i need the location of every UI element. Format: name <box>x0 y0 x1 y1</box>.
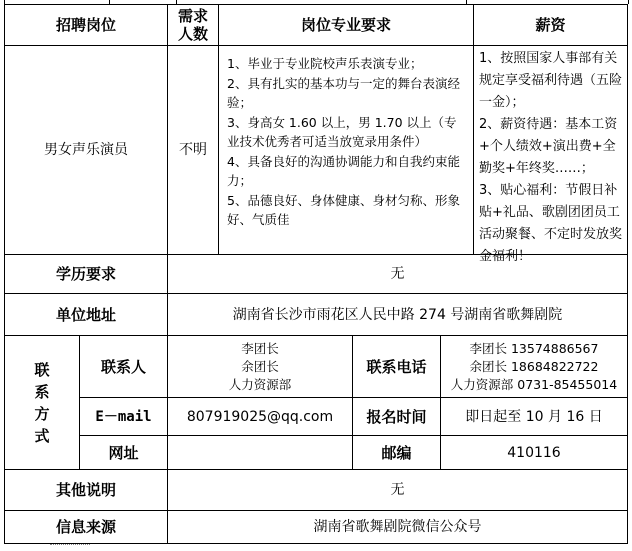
header-salary: 薪资 <box>473 4 628 46</box>
job-position: 男女声乐演员 <box>4 45 168 255</box>
requirement-item: 4、具备良好的沟通协调能力和自我约束能力； <box>227 152 465 191</box>
zip-value: 410116 <box>440 435 628 470</box>
contact-group-label: 联 系 方 式 <box>4 335 80 470</box>
other-label-text: 其他说明 <box>56 482 116 498</box>
email-label-text: E－mail <box>95 409 151 425</box>
address-label: 单位地址 <box>4 293 168 336</box>
education-value-text: 无 <box>391 266 405 282</box>
email-value: 807919025@qq.com <box>167 397 353 436</box>
source-label: 信息来源 <box>4 510 168 544</box>
education-label-text: 学历要求 <box>56 266 116 282</box>
contact-group-char: 式 <box>34 425 49 447</box>
source-label-text: 信息来源 <box>56 519 116 535</box>
job-headcount: 不明 <box>167 45 219 255</box>
requirement-item: 1、毕业于专业院校声乐表演专业； <box>227 54 465 74</box>
other-label: 其他说明 <box>4 469 168 511</box>
job-requirements: 1、毕业于专业院校声乐表演专业； 2、具有扎实的基本功与一定的舞台表演经验； 3… <box>218 45 474 255</box>
email-link[interactable]: 807919025@qq.com <box>187 409 333 425</box>
zip-label: 邮编 <box>352 435 441 470</box>
signup-value: 即日起至 10 月 16 日 <box>440 397 628 436</box>
contact-person: 李团长 <box>241 340 279 358</box>
source-value: 湖南省歌舞剧院微信公众号 <box>167 510 628 544</box>
education-value: 无 <box>167 254 628 294</box>
header-headcount-line1: 需求 <box>178 7 208 25</box>
contact-persons: 李团长 余团长 人力资源部 <box>167 335 353 398</box>
email-label: E－mail <box>79 397 168 436</box>
header-salary-text: 薪资 <box>535 17 565 33</box>
contact-group-char: 方 <box>34 403 49 425</box>
signup-label: 报名时间 <box>352 397 441 436</box>
zip-label-text: 邮编 <box>381 445 411 461</box>
contact-person-label: 联系人 <box>79 335 168 398</box>
header-position: 招聘岗位 <box>4 4 168 46</box>
zip-value-text: 410116 <box>507 445 560 461</box>
education-label: 学历要求 <box>4 254 168 294</box>
address-value: 湖南省长沙市雨花区人民中路 274 号湖南省歌舞剧院 <box>167 293 628 336</box>
header-headcount-line2: 人数 <box>178 25 208 43</box>
job-salary: 1、按照国家人事部有关规定享受福利待遇（五险一金）； 2、薪资待遇：基本工资+个… <box>473 45 628 255</box>
contact-phone: 李团长 13574886567 <box>470 340 599 358</box>
contact-group-char: 联 <box>34 359 49 381</box>
contact-phone: 余团长 18684822722 <box>470 358 599 376</box>
address-value-text: 湖南省长沙市雨花区人民中路 274 号湖南省歌舞剧院 <box>233 307 563 323</box>
contact-person: 人力资源部 <box>229 376 292 394</box>
address-label-text: 单位地址 <box>56 307 116 323</box>
website-value <box>167 435 353 470</box>
contact-phones: 李团长 13574886567 余团长 18684822722 人力资源部 07… <box>440 335 628 398</box>
salary-item: 1、按照国家人事部有关规定享受福利待遇（五险一金）； <box>479 48 624 114</box>
header-requirements: 岗位专业要求 <box>218 4 474 46</box>
header-headcount: 需求 人数 <box>167 4 219 46</box>
requirement-item: 5、品德良好、身体健康、身材匀称、形象好、气质佳 <box>227 191 465 230</box>
requirement-item: 3、身高女 1.60 以上，男 1.70 以上（专业技术优秀者可适当放宽录用条件… <box>227 113 465 152</box>
signup-value-text: 即日起至 10 月 16 日 <box>465 409 602 425</box>
source-value-text: 湖南省歌舞剧院微信公众号 <box>314 519 482 535</box>
contact-phone-label: 联系电话 <box>352 335 441 398</box>
website-label-text: 网址 <box>108 445 138 461</box>
contact-phone: 人力资源部 0731-85455014 <box>451 376 617 394</box>
signup-label-text: 报名时间 <box>366 409 426 425</box>
header-requirements-text: 岗位专业要求 <box>301 17 391 33</box>
requirement-item: 2、具有扎实的基本功与一定的舞台表演经验； <box>227 74 465 113</box>
cropped-text-fragment <box>50 544 90 551</box>
contact-phone-label-text: 联系电话 <box>366 359 426 375</box>
job-headcount-text: 不明 <box>179 142 207 158</box>
contact-group-char: 系 <box>34 381 49 403</box>
other-value-text: 无 <box>391 482 405 498</box>
contact-person: 余团长 <box>241 358 279 376</box>
website-label: 网址 <box>79 435 168 470</box>
salary-item: 2、薪资待遇：基本工资+个人绩效+演出费+全勤奖+年终奖……； <box>479 114 624 180</box>
job-position-text: 男女声乐演员 <box>44 142 128 158</box>
other-value: 无 <box>167 469 628 511</box>
contact-person-label-text: 联系人 <box>101 359 146 375</box>
header-position-text: 招聘岗位 <box>56 17 116 33</box>
